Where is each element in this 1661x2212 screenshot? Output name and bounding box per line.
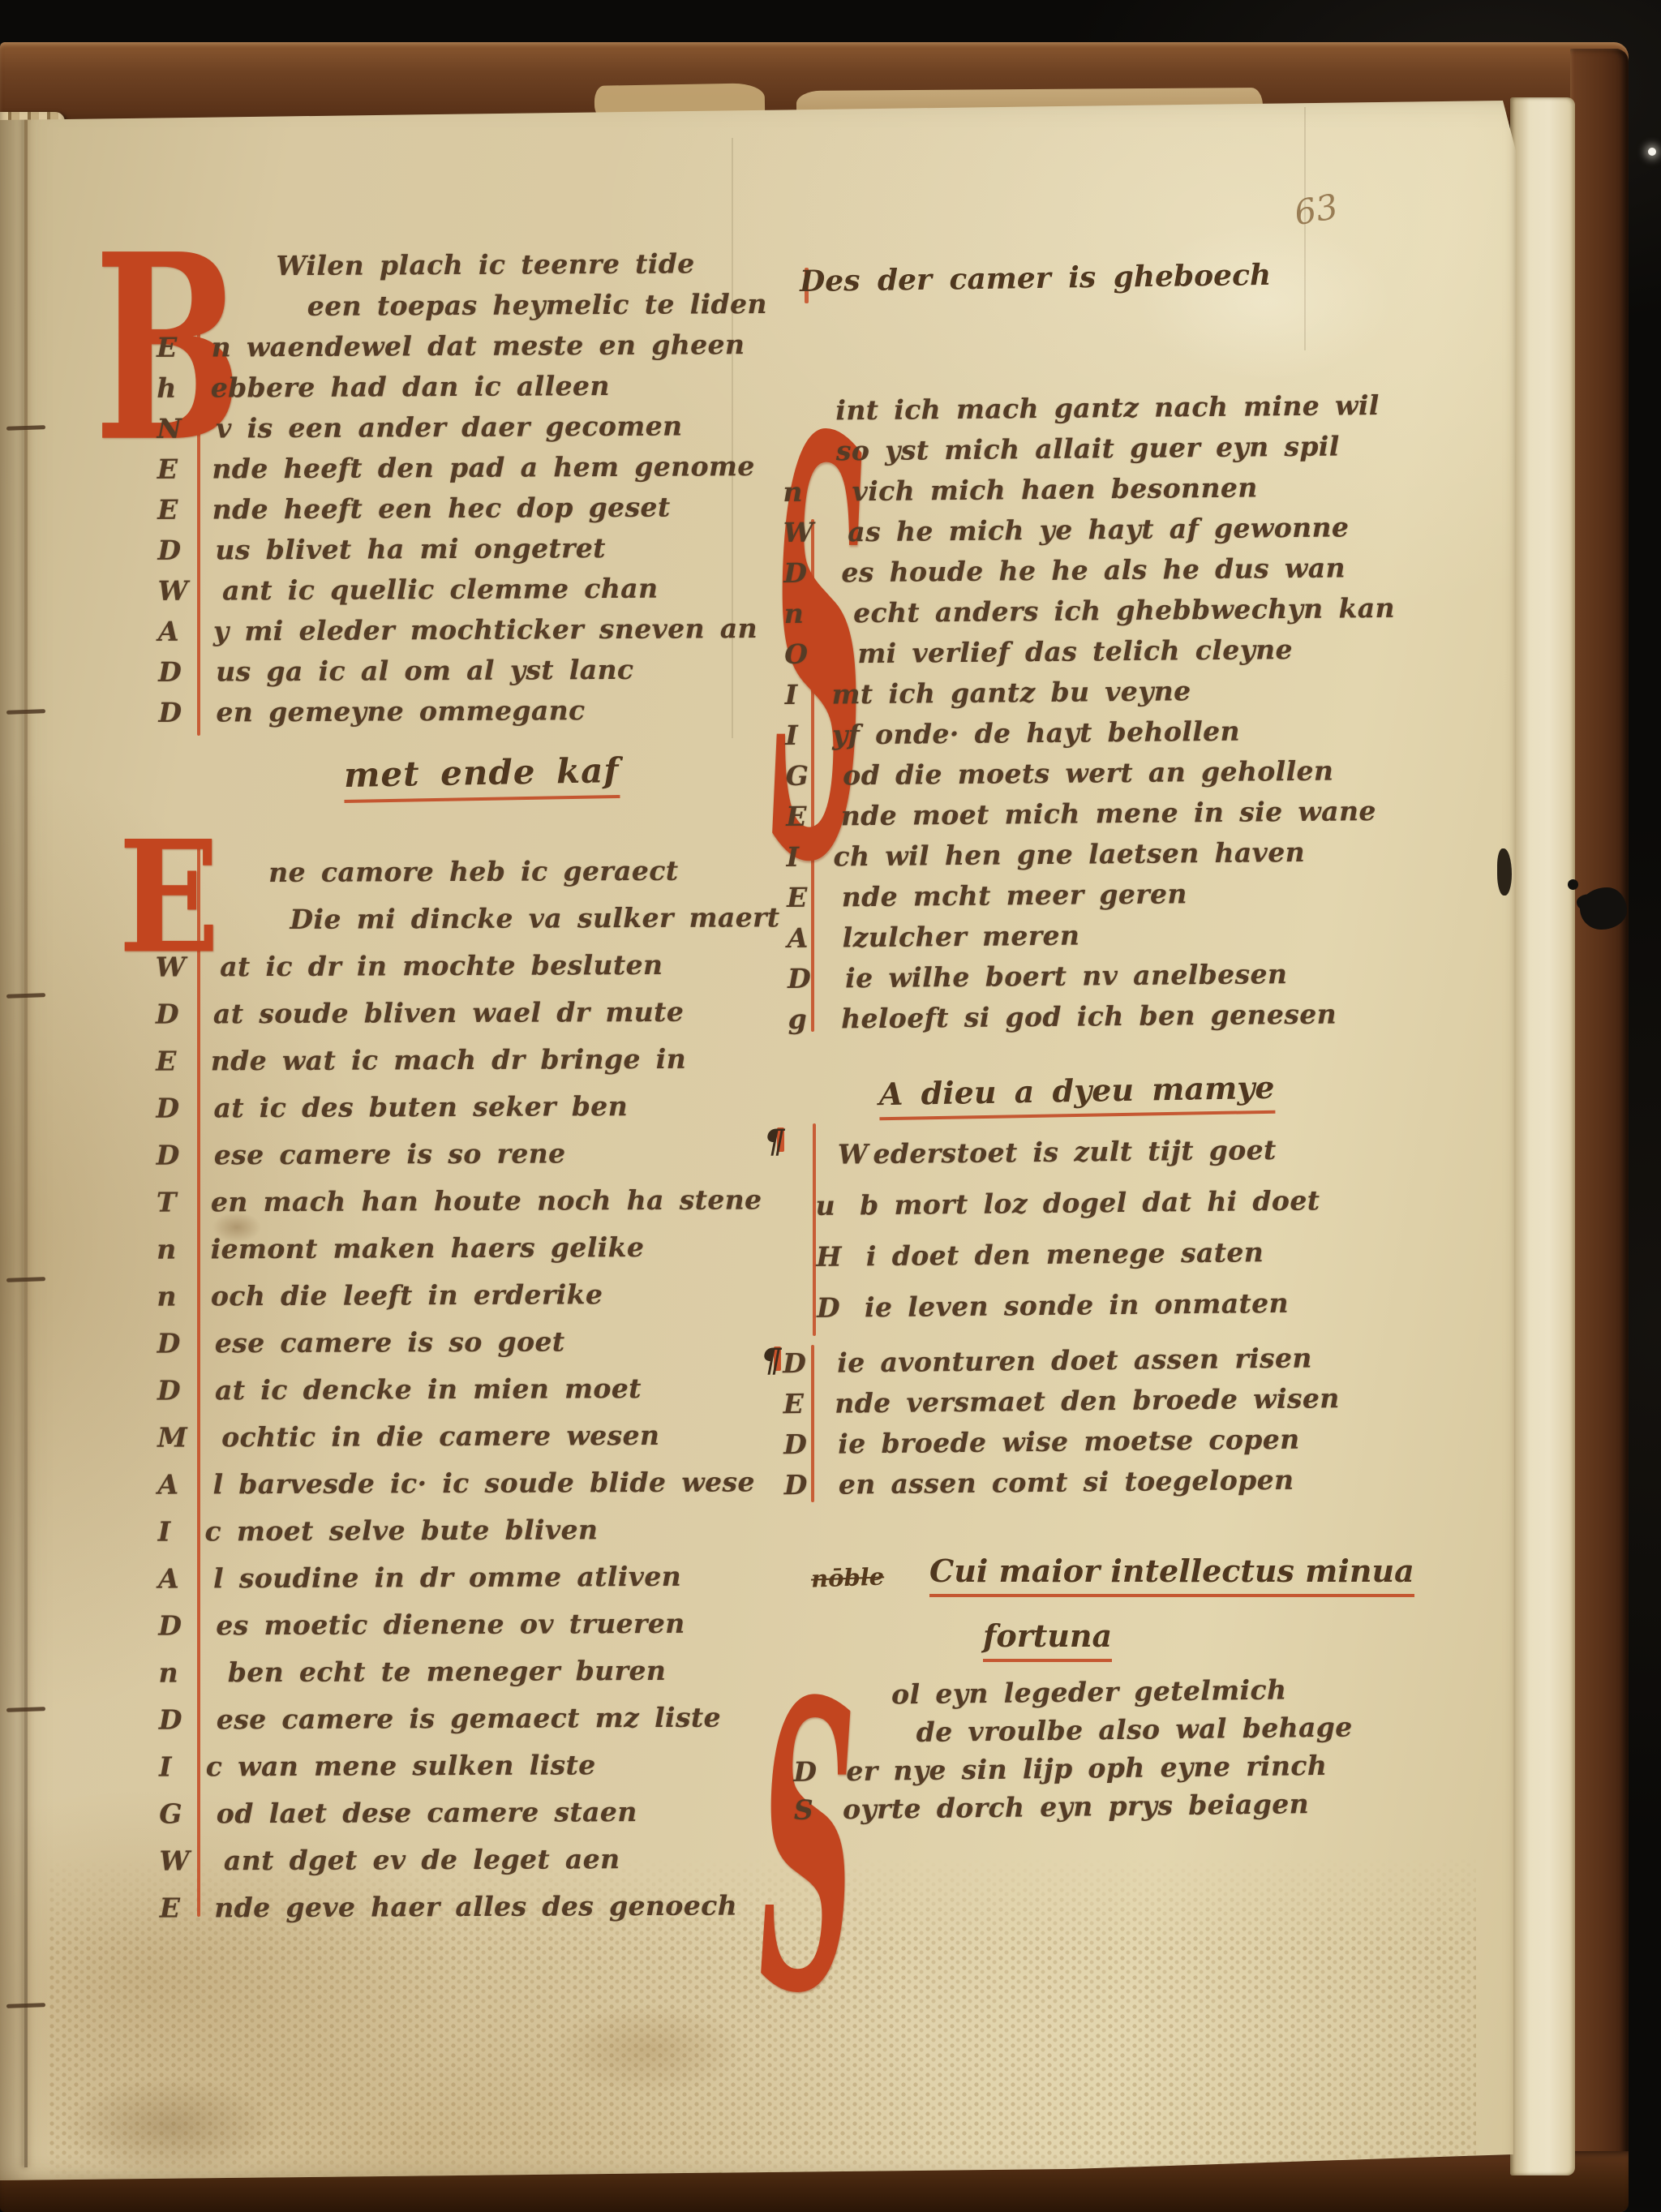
sewing-slit: [6, 1707, 45, 1712]
text-line: God laet dese camere staen: [105, 1788, 819, 1838]
text-line: Wat ic dr in mochte besluten: [102, 941, 816, 991]
text-line: Dese camere is gemaect mz liste: [105, 1694, 819, 1744]
dust-speck: [1648, 148, 1656, 156]
text-line: Ende heeft den pad a hem genome: [104, 446, 801, 491]
text-line: niemont maken haers gelike: [103, 1223, 817, 1274]
latin-motto-line-2: fortuna: [983, 1617, 1112, 1662]
ink-blot: [1580, 887, 1627, 930]
text-line: O mi verlief das telich cleyne: [768, 628, 1482, 675]
text-line: ub mort loz dogel dat hi doet: [768, 1174, 1466, 1232]
text-line: Mochtic in die camere wesen: [104, 1411, 818, 1462]
text-line: Imt ich gantz bu veyne: [769, 668, 1483, 715]
manuscript-photograph: 63 B Wilen plach ic teenre tideeen toepa…: [0, 0, 1661, 2212]
sewing-slit: [6, 993, 45, 999]
text-line: Dat ic dencke in mien moet: [104, 1364, 818, 1415]
text-line: n vich mich haen besonnen: [766, 466, 1480, 513]
text-line: Des houde he he als he dus wan: [767, 547, 1481, 594]
text-line: God die moets wert an gehollen: [770, 750, 1483, 797]
text-line: n echt anders ich ghebbwechyn kan: [768, 587, 1482, 634]
right-column-stanza-2: Wederstoet is zult tijt goetub mort loz …: [768, 1123, 1468, 1334]
text-line: Al soudine in dr omme atliven: [105, 1553, 818, 1603]
ink-mark-on-page-edge: [1497, 848, 1512, 896]
text-line: Die leven sonde in onmaten: [770, 1275, 1468, 1334]
text-line: Ten mach han houte noch ha stene: [103, 1176, 817, 1226]
text-line: gheloeft si god ich ben genesen: [771, 993, 1485, 1040]
text-line: Hi doet den menege saten: [769, 1224, 1467, 1282]
text-line: Die broede wise moetse copen: [766, 1417, 1463, 1465]
text-line: so yst mich allait guer eyn spil: [766, 425, 1480, 472]
text-line: n ben echt te meneger buren: [105, 1647, 818, 1697]
parchment-page: 63 B Wilen plach ic teenre tideeen toepa…: [0, 99, 1517, 2185]
text-line: Ic moet selve bute bliven: [105, 1505, 818, 1556]
rubric-heading-left: met ende kaf: [344, 750, 620, 803]
text-line: Ic wan mene sulken liste: [105, 1741, 819, 1791]
heading-right-column: Des der camer is gheboech: [800, 258, 1272, 299]
gloss-noble-inline: nōble: [810, 1562, 884, 1592]
text-line: Want ic quellic clemme chan: [105, 568, 802, 612]
text-line: Ende versmaet den broede wisen: [766, 1377, 1463, 1424]
latin-motto-line-1: Cui maior intellectus minua: [929, 1553, 1414, 1597]
ink-blot: [1568, 879, 1578, 890]
text-line: een toepas heymelic te liden: [103, 284, 800, 329]
text-line: hebbere had dan ic alleen: [103, 365, 800, 410]
text-line: Alzulcher meren: [770, 912, 1484, 959]
text-line: Den gemeyne ommeganc: [105, 689, 802, 734]
right-column-stanza-1: int ich mach gantz nach mine wilso yst m…: [766, 384, 1486, 1040]
text-line: Was he mich ye hayt af gewonne: [767, 506, 1481, 553]
text-line: Die avonturen doet assen risen: [765, 1337, 1462, 1385]
text-line: Ay mi eleder mochticker sneven an: [105, 608, 802, 653]
sewing-slit: [6, 425, 45, 431]
text-line: Ende geve haer alles des genoech: [106, 1882, 820, 1932]
text-line: Dese camere is so goet: [104, 1317, 818, 1368]
text-line: Want dget ev de leget aen: [105, 1835, 819, 1885]
text-line: int ich mach gantz nach mine wil: [766, 384, 1479, 432]
sewing-slit: [6, 1277, 45, 1282]
text-line: Ende moet mich mene in sie wane: [770, 790, 1483, 837]
text-line: Ende wat ic mach dr bringe in: [102, 1035, 816, 1085]
text-line: Wederstoet is zult tijt goet: [768, 1123, 1466, 1181]
sewing-slit: [6, 2003, 45, 2008]
text-line: Al barvesde ic· ic soude blide wese: [104, 1458, 818, 1509]
leather-cover-right-edge: [1570, 49, 1629, 2212]
text-line: Dus ga ic al om al yst lanc: [105, 649, 802, 694]
text-line: noch die leeft in erderike: [103, 1270, 817, 1321]
text-line: Iyf onde· de hayt behollen: [769, 709, 1483, 756]
folio-number: 63: [1291, 187, 1341, 234]
left-column-stanza-1: Wilen plach ic teenre tideeen toepas hey…: [102, 243, 802, 733]
text-line: Die wilhe boert nv anelbesen: [771, 952, 1485, 999]
gutter-crease: [24, 115, 28, 2167]
text-line: ne camore heb ic geraect: [101, 847, 815, 897]
right-column-stanza-4: ol eyn legeder getelmichde vroulbe also …: [768, 1669, 1467, 1829]
text-line: Soyrte dorch eyn prys beiagen: [770, 1783, 1468, 1830]
text-line: Dat ic des buten seker ben: [102, 1082, 816, 1132]
parchment-highlight: [1095, 196, 1436, 407]
text-line: Wilen plach ic teenre tide: [102, 243, 800, 288]
text-line: En waendewel dat meste en gheen: [103, 324, 800, 369]
next-folio-fore-edge: [1510, 97, 1575, 2175]
text-line: Ende heeft een hec dop geset: [104, 487, 801, 531]
right-column-stanza-3: Die avonturen doet assen risenEnde versm…: [765, 1337, 1464, 1506]
text-line: Ende mcht meer geren: [770, 871, 1484, 918]
left-column-stanza-2: ne camore heb ic geraectDie mi dincke va…: [101, 847, 820, 1932]
rubric-heading-a-dieu: A dieu a dyeu mamye: [879, 1069, 1275, 1121]
text-line: Ich wil hen gne laetsen haven: [770, 831, 1483, 878]
text-line: Dese camere is so rene: [103, 1129, 817, 1179]
text-line: Des moetic dienene ov trueren: [105, 1600, 818, 1650]
text-line: Dus blivet ha mi ongetret: [104, 527, 801, 572]
text-line: Dat soude bliven wael dr mute: [102, 988, 816, 1038]
text-line: Den assen comt si toegelopen: [766, 1458, 1464, 1505]
sewing-slit: [6, 709, 45, 715]
text-line: Nv is een ander daer gecomen: [103, 406, 800, 450]
text-line: Die mi dincke va sulker maert: [101, 894, 815, 944]
